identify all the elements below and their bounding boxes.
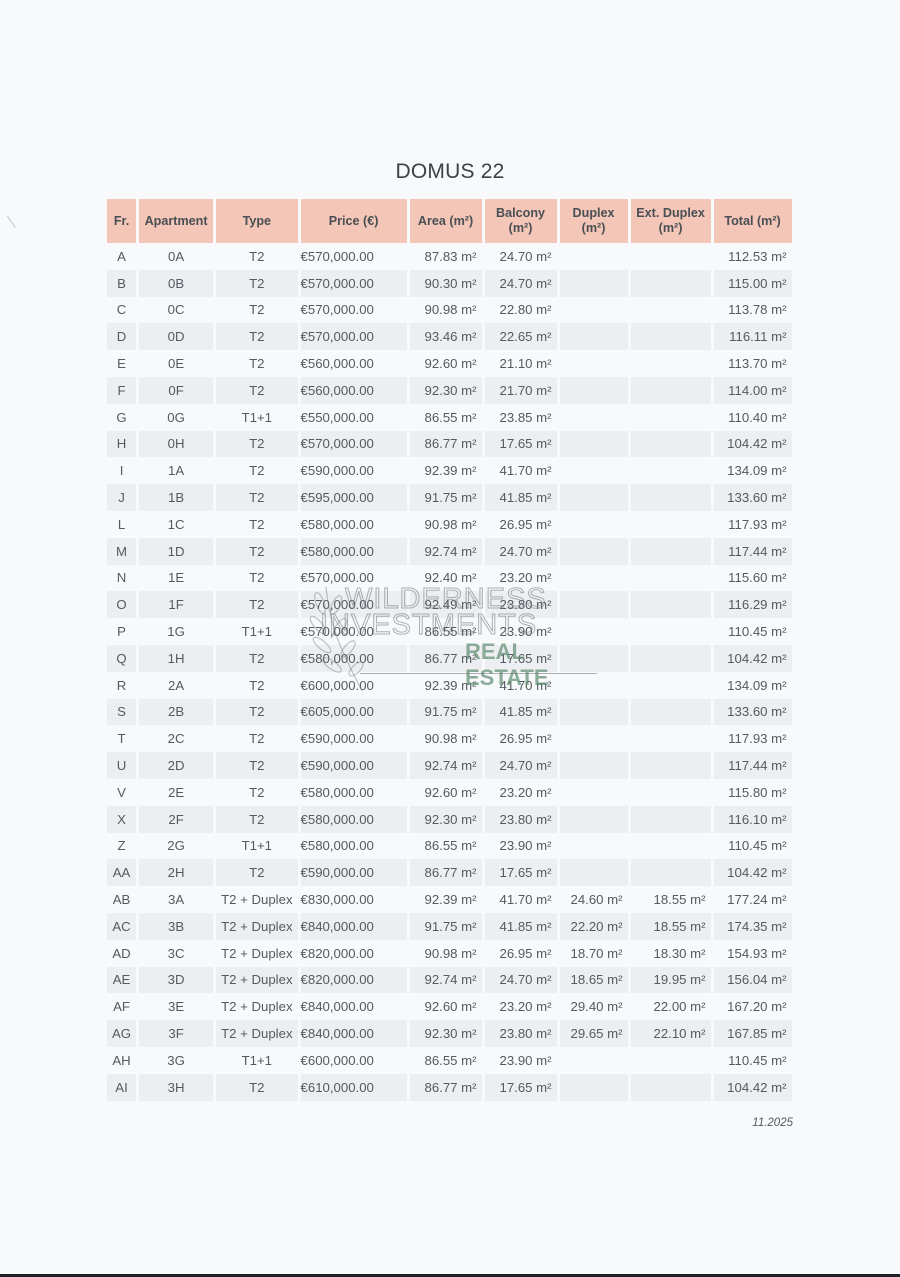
cell-duplex <box>560 725 628 752</box>
cell-balcony: 17.65 m² <box>485 431 557 458</box>
header-balcony: Balcony(m²) <box>485 199 557 243</box>
cell-fraction: V <box>107 779 136 806</box>
table-row: G0GT1+1€550,000.0086.55 m²23.85 m²110.40… <box>107 404 792 431</box>
cell-duplex <box>560 511 628 538</box>
cell-duplex: 18.65 m² <box>560 967 628 994</box>
cell-type: T2 <box>216 484 297 511</box>
cell-duplex: 29.65 m² <box>560 1020 628 1047</box>
cell-ext-duplex <box>631 591 711 618</box>
cell-area: 92.60 m² <box>410 779 482 806</box>
cell-total: 134.09 m² <box>714 672 792 699</box>
cell-balcony: 41.70 m² <box>485 886 557 913</box>
cell-type: T2 <box>216 511 297 538</box>
currency-symbol: € <box>301 410 308 425</box>
currency-symbol: € <box>301 597 308 612</box>
cell-fraction: N <box>107 565 136 592</box>
cell-fraction: AA <box>107 859 136 886</box>
cell-duplex <box>560 752 628 779</box>
cell-price: €570,000.00 <box>301 243 407 270</box>
cell-area: 92.74 m² <box>410 538 482 565</box>
table-row: E0ET2€560,000.0092.60 m²21.10 m²113.70 m… <box>107 350 792 377</box>
cell-fraction: U <box>107 752 136 779</box>
cell-total: 115.00 m² <box>714 270 792 297</box>
cell-duplex <box>560 538 628 565</box>
cell-ext-duplex <box>631 699 711 726</box>
cell-ext-duplex <box>631 779 711 806</box>
table-row: J1BT2€595,000.0091.75 m²41.85 m²133.60 m… <box>107 484 792 511</box>
table-row: Z2GT1+1€580,000.0086.55 m²23.90 m²110.45… <box>107 833 792 860</box>
cell-total: 117.93 m² <box>714 511 792 538</box>
table-row: AE3DT2 + Duplex€820,000.0092.74 m²24.70 … <box>107 967 792 994</box>
table-row: P1GT1+1€570,000.0086.55 m²23.90 m²110.45… <box>107 618 792 645</box>
currency-symbol: € <box>301 785 308 800</box>
cell-fraction: AI <box>107 1074 136 1101</box>
cell-apartment: 1G <box>139 618 213 645</box>
cell-ext-duplex <box>631 859 711 886</box>
cell-duplex <box>560 297 628 324</box>
cell-price: €580,000.00 <box>301 833 407 860</box>
price-value: 820,000.00 <box>308 946 374 961</box>
cell-duplex <box>560 431 628 458</box>
cell-total: 110.40 m² <box>714 404 792 431</box>
currency-symbol: € <box>301 490 308 505</box>
cell-fraction: H <box>107 431 136 458</box>
price-value: 580,000.00 <box>308 651 374 666</box>
price-value: 840,000.00 <box>308 999 374 1014</box>
cell-ext-duplex <box>631 377 711 404</box>
cell-ext-duplex <box>631 484 711 511</box>
cell-ext-duplex <box>631 404 711 431</box>
cell-type: T2 <box>216 645 297 672</box>
cell-apartment: 0B <box>139 270 213 297</box>
currency-symbol: € <box>301 919 308 934</box>
cell-balcony: 26.95 m² <box>485 725 557 752</box>
document-title: DOMUS 22 <box>0 160 900 184</box>
cell-balcony: 26.95 m² <box>485 511 557 538</box>
cell-duplex <box>560 350 628 377</box>
cell-duplex <box>560 618 628 645</box>
cell-fraction: S <box>107 699 136 726</box>
currency-symbol: € <box>301 731 308 746</box>
price-value: 570,000.00 <box>308 570 374 585</box>
cell-apartment: 2A <box>139 672 213 699</box>
cell-ext-duplex <box>631 806 711 833</box>
cell-total: 110.45 m² <box>714 618 792 645</box>
cell-fraction: G <box>107 404 136 431</box>
cell-apartment: 3E <box>139 993 213 1020</box>
cell-apartment: 2F <box>139 806 213 833</box>
cell-type: T1+1 <box>216 833 297 860</box>
price-value: 580,000.00 <box>308 517 374 532</box>
cell-fraction: M <box>107 538 136 565</box>
cell-type: T2 <box>216 591 297 618</box>
cell-apartment: 0C <box>139 297 213 324</box>
table-row: H0HT2€570,000.0086.77 m²17.65 m²104.42 m… <box>107 431 792 458</box>
cell-price: €570,000.00 <box>301 323 407 350</box>
cell-fraction: AE <box>107 967 136 994</box>
cell-total: 104.42 m² <box>714 1074 792 1101</box>
cell-ext-duplex <box>631 833 711 860</box>
cell-apartment: 1D <box>139 538 213 565</box>
cell-type: T2 <box>216 270 297 297</box>
cell-duplex: 29.40 m² <box>560 993 628 1020</box>
cell-duplex <box>560 779 628 806</box>
cell-area: 90.30 m² <box>410 270 482 297</box>
cell-price: €595,000.00 <box>301 484 407 511</box>
cell-total: 115.80 m² <box>714 779 792 806</box>
cell-area: 92.74 m² <box>410 967 482 994</box>
table-row: AC3BT2 + Duplex€840,000.0091.75 m²41.85 … <box>107 913 792 940</box>
cell-fraction: F <box>107 377 136 404</box>
cell-fraction: AG <box>107 1020 136 1047</box>
cell-area: 92.60 m² <box>410 350 482 377</box>
cell-area: 86.77 m² <box>410 431 482 458</box>
cell-apartment: 2E <box>139 779 213 806</box>
cell-duplex <box>560 833 628 860</box>
cell-area: 86.77 m² <box>410 645 482 672</box>
cell-apartment: 3B <box>139 913 213 940</box>
cell-type: T2 <box>216 672 297 699</box>
cell-price: €580,000.00 <box>301 538 407 565</box>
cell-area: 91.75 m² <box>410 699 482 726</box>
cell-balcony: 23.80 m² <box>485 591 557 618</box>
cell-price: €570,000.00 <box>301 618 407 645</box>
cell-ext-duplex: 18.55 m² <box>631 886 711 913</box>
currency-symbol: € <box>301 624 308 639</box>
header-type: Type <box>216 199 297 243</box>
cell-price: €570,000.00 <box>301 431 407 458</box>
cell-price: €590,000.00 <box>301 752 407 779</box>
cell-total: 104.42 m² <box>714 645 792 672</box>
cell-apartment: 3C <box>139 940 213 967</box>
cell-type: T2 <box>216 859 297 886</box>
cell-total: 116.10 m² <box>714 806 792 833</box>
cell-fraction: R <box>107 672 136 699</box>
cell-ext-duplex <box>631 350 711 377</box>
currency-symbol: € <box>301 302 308 317</box>
cell-duplex <box>560 565 628 592</box>
cell-duplex <box>560 1074 628 1101</box>
price-value: 590,000.00 <box>308 865 374 880</box>
cell-type: T2 + Duplex <box>216 940 297 967</box>
cell-duplex <box>560 404 628 431</box>
cell-apartment: 3D <box>139 967 213 994</box>
cell-fraction: AF <box>107 993 136 1020</box>
price-value: 605,000.00 <box>308 704 374 719</box>
currency-symbol: € <box>301 329 308 344</box>
cell-price: €590,000.00 <box>301 859 407 886</box>
cell-price: €590,000.00 <box>301 457 407 484</box>
cell-area: 92.39 m² <box>410 672 482 699</box>
cell-area: 86.55 m² <box>410 618 482 645</box>
cell-balcony: 41.85 m² <box>485 484 557 511</box>
cell-area: 92.30 m² <box>410 377 482 404</box>
cell-type: T2 <box>216 699 297 726</box>
cell-type: T1+1 <box>216 618 297 645</box>
cell-apartment: 0A <box>139 243 213 270</box>
cell-type: T2 + Duplex <box>216 1020 297 1047</box>
currency-symbol: € <box>301 1026 308 1041</box>
cell-total: 112.53 m² <box>714 243 792 270</box>
cell-price: €610,000.00 <box>301 1074 407 1101</box>
cell-balcony: 23.20 m² <box>485 779 557 806</box>
cell-duplex <box>560 457 628 484</box>
table-row: AG3FT2 + Duplex€840,000.0092.30 m²23.80 … <box>107 1020 792 1047</box>
table-row: AA2HT2€590,000.0086.77 m²17.65 m²104.42 … <box>107 859 792 886</box>
price-value: 570,000.00 <box>308 436 374 451</box>
header-ext-duplex: Ext. Duplex(m²) <box>631 199 711 243</box>
cell-type: T2 + Duplex <box>216 967 297 994</box>
currency-symbol: € <box>301 946 308 961</box>
cell-fraction: O <box>107 591 136 618</box>
cell-price: €580,000.00 <box>301 645 407 672</box>
header-area: Area (m²) <box>410 199 482 243</box>
cell-apartment: 2D <box>139 752 213 779</box>
cell-duplex <box>560 672 628 699</box>
cell-total: 154.93 m² <box>714 940 792 967</box>
cell-apartment: 2C <box>139 725 213 752</box>
cell-fraction: AH <box>107 1047 136 1074</box>
table-row: AB3AT2 + Duplex€830,000.0092.39 m²41.70 … <box>107 886 792 913</box>
cell-type: T2 <box>216 377 297 404</box>
cell-apartment: 1A <box>139 457 213 484</box>
cell-total: 117.44 m² <box>714 538 792 565</box>
cell-area: 86.77 m² <box>410 859 482 886</box>
table-row: N1ET2€570,000.0092.40 m²23.20 m²115.60 m… <box>107 565 792 592</box>
cell-ext-duplex <box>631 511 711 538</box>
currency-symbol: € <box>301 1080 308 1095</box>
cell-type: T2 <box>216 565 297 592</box>
cell-total: 115.60 m² <box>714 565 792 592</box>
cell-balcony: 41.70 m² <box>485 457 557 484</box>
cell-duplex: 22.20 m² <box>560 913 628 940</box>
cell-price: €570,000.00 <box>301 591 407 618</box>
cell-type: T1+1 <box>216 1047 297 1074</box>
cell-price: €580,000.00 <box>301 511 407 538</box>
cell-apartment: 2G <box>139 833 213 860</box>
price-value: 580,000.00 <box>308 785 374 800</box>
currency-symbol: € <box>301 276 308 291</box>
cell-balcony: 24.70 m² <box>485 752 557 779</box>
table-row: A0AT2€570,000.0087.83 m²24.70 m²112.53 m… <box>107 243 792 270</box>
table-row: B0BT2€570,000.0090.30 m²24.70 m²115.00 m… <box>107 270 792 297</box>
table-row: L1CT2€580,000.0090.98 m²26.95 m²117.93 m… <box>107 511 792 538</box>
cell-apartment: 1B <box>139 484 213 511</box>
cell-balcony: 23.20 m² <box>485 993 557 1020</box>
currency-symbol: € <box>301 249 308 264</box>
price-value: 830,000.00 <box>308 892 374 907</box>
cell-total: 114.00 m² <box>714 377 792 404</box>
cell-balcony: 22.65 m² <box>485 323 557 350</box>
cell-balcony: 21.10 m² <box>485 350 557 377</box>
price-value: 840,000.00 <box>308 1026 374 1041</box>
price-value: 560,000.00 <box>308 356 374 371</box>
price-value: 840,000.00 <box>308 919 374 934</box>
cell-price: €590,000.00 <box>301 725 407 752</box>
cell-ext-duplex <box>631 457 711 484</box>
cell-apartment: 0G <box>139 404 213 431</box>
cell-type: T2 <box>216 538 297 565</box>
cell-fraction: X <box>107 806 136 833</box>
currency-symbol: € <box>301 999 308 1014</box>
cell-area: 92.39 m² <box>410 457 482 484</box>
cell-apartment: 1E <box>139 565 213 592</box>
cell-fraction: L <box>107 511 136 538</box>
cell-ext-duplex <box>631 565 711 592</box>
cell-duplex <box>560 859 628 886</box>
cell-area: 90.98 m² <box>410 940 482 967</box>
document-date: 11.2025 <box>752 1117 793 1129</box>
cell-area: 92.60 m² <box>410 993 482 1020</box>
cell-apartment: 2B <box>139 699 213 726</box>
cell-fraction: AC <box>107 913 136 940</box>
cell-area: 87.83 m² <box>410 243 482 270</box>
cell-balcony: 41.85 m² <box>485 913 557 940</box>
cell-area: 86.55 m² <box>410 833 482 860</box>
price-value: 590,000.00 <box>308 731 374 746</box>
table-row: U2DT2€590,000.0092.74 m²24.70 m²117.44 m… <box>107 752 792 779</box>
cell-area: 92.39 m² <box>410 886 482 913</box>
cell-ext-duplex <box>631 645 711 672</box>
cell-price: €840,000.00 <box>301 993 407 1020</box>
cell-fraction: A <box>107 243 136 270</box>
price-value: 570,000.00 <box>308 302 374 317</box>
price-value: 600,000.00 <box>308 678 374 693</box>
cell-type: T2 + Duplex <box>216 913 297 940</box>
cell-fraction: J <box>107 484 136 511</box>
table-row: X2FT2€580,000.0092.30 m²23.80 m²116.10 m… <box>107 806 792 833</box>
table-row: V2ET2€580,000.0092.60 m²23.20 m²115.80 m… <box>107 779 792 806</box>
cell-total: 177.24 m² <box>714 886 792 913</box>
cell-type: T2 <box>216 323 297 350</box>
currency-symbol: € <box>301 838 308 853</box>
cell-apartment: 3F <box>139 1020 213 1047</box>
header-apartment: Apartment <box>139 199 213 243</box>
price-value: 570,000.00 <box>308 276 374 291</box>
table-row: R2AT2€600,000.0092.39 m²41.70 m²134.09 m… <box>107 672 792 699</box>
cell-total: 174.35 m² <box>714 913 792 940</box>
cell-fraction: B <box>107 270 136 297</box>
cell-balcony: 21.70 m² <box>485 377 557 404</box>
cell-duplex <box>560 591 628 618</box>
cell-ext-duplex: 18.30 m² <box>631 940 711 967</box>
cell-duplex: 18.70 m² <box>560 940 628 967</box>
cell-price: €840,000.00 <box>301 913 407 940</box>
cell-area: 86.55 m² <box>410 1047 482 1074</box>
cell-apartment: 1H <box>139 645 213 672</box>
cell-price: €560,000.00 <box>301 377 407 404</box>
cell-type: T2 <box>216 779 297 806</box>
cell-balcony: 17.65 m² <box>485 859 557 886</box>
cell-ext-duplex <box>631 752 711 779</box>
cell-total: 167.20 m² <box>714 993 792 1020</box>
cell-price: €600,000.00 <box>301 672 407 699</box>
cell-duplex <box>560 323 628 350</box>
cell-balcony: 22.80 m² <box>485 297 557 324</box>
cell-apartment: 0F <box>139 377 213 404</box>
currency-symbol: € <box>301 651 308 666</box>
currency-symbol: € <box>301 436 308 451</box>
price-value: 570,000.00 <box>308 597 374 612</box>
cell-apartment: 3G <box>139 1047 213 1074</box>
currency-symbol: € <box>301 544 308 559</box>
cell-balcony: 23.90 m² <box>485 833 557 860</box>
cell-type: T2 + Duplex <box>216 993 297 1020</box>
cell-type: T2 <box>216 431 297 458</box>
cell-total: 117.44 m² <box>714 752 792 779</box>
cell-balcony: 23.80 m² <box>485 1020 557 1047</box>
price-value: 580,000.00 <box>308 544 374 559</box>
currency-symbol: € <box>301 972 308 987</box>
cell-price: €570,000.00 <box>301 565 407 592</box>
cell-area: 92.30 m² <box>410 806 482 833</box>
price-value: 590,000.00 <box>308 758 374 773</box>
cell-balcony: 23.85 m² <box>485 404 557 431</box>
cell-ext-duplex <box>631 725 711 752</box>
cell-duplex: 24.60 m² <box>560 886 628 913</box>
cell-balcony: 41.85 m² <box>485 699 557 726</box>
currency-symbol: € <box>301 812 308 827</box>
price-value: 590,000.00 <box>308 463 374 478</box>
cell-apartment: 3H <box>139 1074 213 1101</box>
cell-fraction: AB <box>107 886 136 913</box>
cell-total: 167.85 m² <box>714 1020 792 1047</box>
price-value: 820,000.00 <box>308 972 374 987</box>
header-total: Total (m²) <box>714 199 792 243</box>
cell-duplex <box>560 1047 628 1074</box>
cell-ext-duplex <box>631 323 711 350</box>
cell-balcony: 24.70 m² <box>485 270 557 297</box>
currency-symbol: € <box>301 678 308 693</box>
cell-balcony: 24.70 m² <box>485 243 557 270</box>
cell-total: 113.70 m² <box>714 350 792 377</box>
cell-apartment: 3A <box>139 886 213 913</box>
cell-total: 116.29 m² <box>714 591 792 618</box>
cell-type: T2 <box>216 752 297 779</box>
price-value: 595,000.00 <box>308 490 374 505</box>
cell-area: 86.77 m² <box>410 1074 482 1101</box>
cell-price: €605,000.00 <box>301 699 407 726</box>
cell-type: T2 <box>216 725 297 752</box>
cell-total: 113.78 m² <box>714 297 792 324</box>
cell-fraction: P <box>107 618 136 645</box>
cell-area: 90.98 m² <box>410 725 482 752</box>
table-row: O1FT2€570,000.0092.49 m²23.80 m²116.29 m… <box>107 591 792 618</box>
cell-total: 116.11 m² <box>714 323 792 350</box>
currency-symbol: € <box>301 1053 308 1068</box>
cell-price: €560,000.00 <box>301 350 407 377</box>
price-value: 550,000.00 <box>308 410 374 425</box>
cell-area: 91.75 m² <box>410 484 482 511</box>
cell-ext-duplex: 22.00 m² <box>631 993 711 1020</box>
cell-balcony: 23.90 m² <box>485 1047 557 1074</box>
cell-price: €570,000.00 <box>301 297 407 324</box>
cell-fraction: AD <box>107 940 136 967</box>
cell-ext-duplex: 18.55 m² <box>631 913 711 940</box>
cell-area: 92.40 m² <box>410 565 482 592</box>
cell-total: 104.42 m² <box>714 859 792 886</box>
cell-type: T2 <box>216 457 297 484</box>
currency-symbol: € <box>301 758 308 773</box>
currency-symbol: € <box>301 356 308 371</box>
price-value: 580,000.00 <box>308 838 374 853</box>
cell-type: T2 <box>216 243 297 270</box>
cell-area: 92.30 m² <box>410 1020 482 1047</box>
header-price: Price (€) <box>301 199 407 243</box>
cell-balcony: 26.95 m² <box>485 940 557 967</box>
cell-total: 110.45 m² <box>714 1047 792 1074</box>
cell-duplex <box>560 484 628 511</box>
